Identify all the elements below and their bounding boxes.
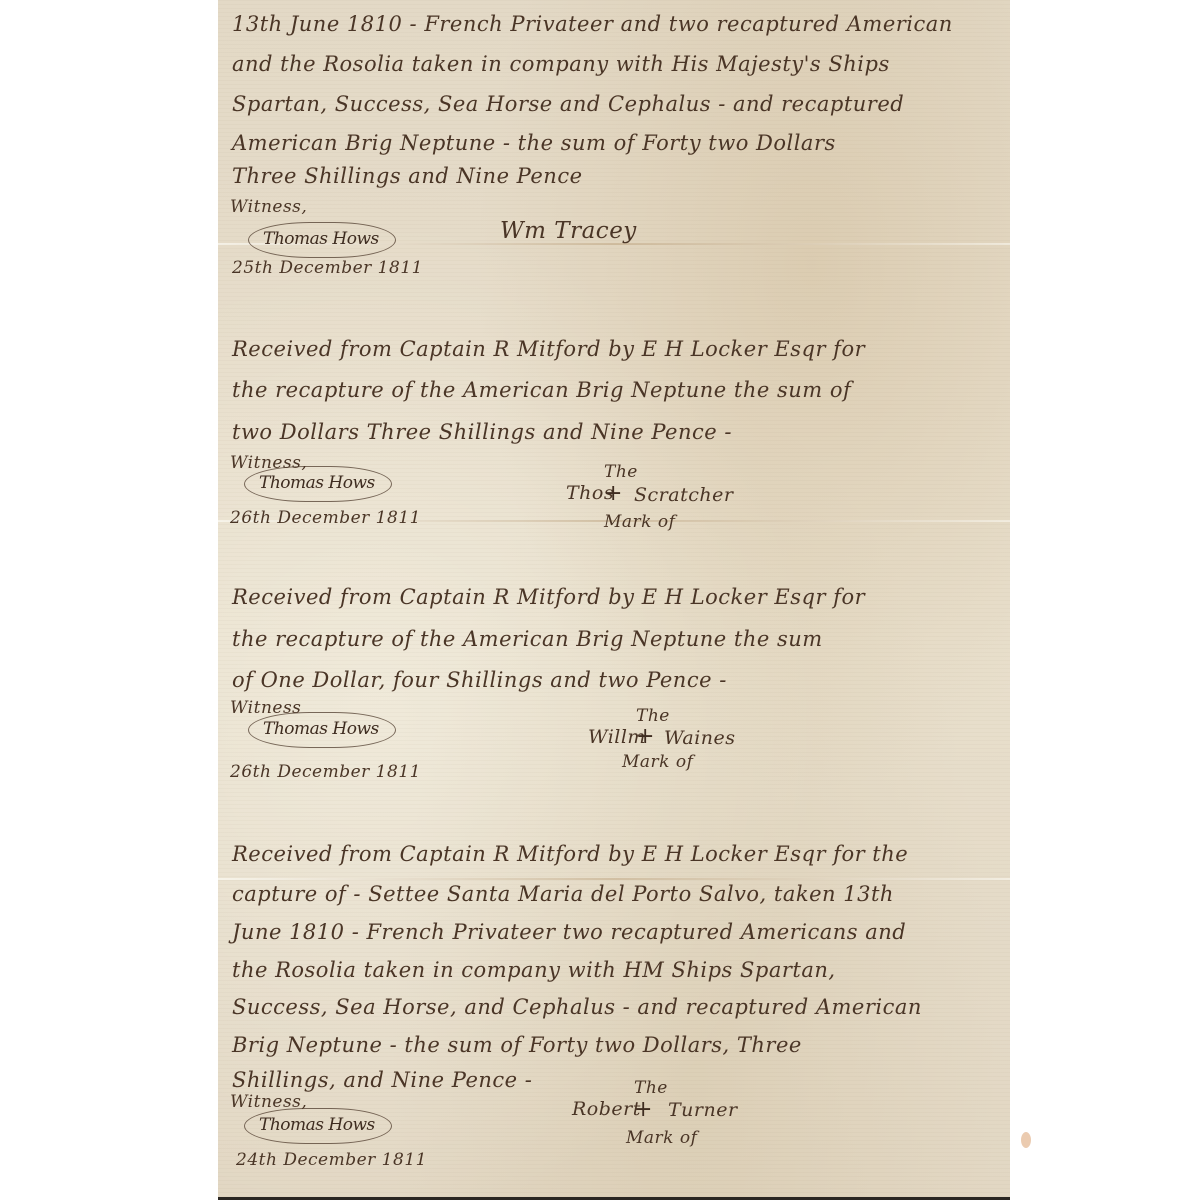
receipt-text-line: 13th June 1810 - French Privateer and tw…	[232, 12, 1002, 36]
signature: Wm Tracey	[500, 218, 637, 244]
signer-first-name: Robert	[572, 1098, 641, 1120]
receipt-text-line: Received from Captain R Mitford by E H L…	[232, 337, 1002, 361]
cross-mark-icon: +	[634, 1097, 652, 1122]
receipt-text-line: American Brig Neptune - the sum of Forty…	[232, 131, 1002, 155]
signer-last-name: Waines	[664, 727, 736, 749]
witness-signature: Thomas Hows	[244, 1108, 392, 1144]
receipt-text-line: Brig Neptune - the sum of Forty two Doll…	[232, 1033, 1002, 1057]
signer-the-label: The	[636, 706, 670, 726]
receipt-date: 26th December 1811	[230, 762, 421, 782]
receipt-text-line: Received from Captain R Mitford by E H L…	[232, 842, 1002, 866]
receipt-text-line: Spartan, Success, Sea Horse and Cephalus…	[232, 92, 1002, 116]
receipt-date: 25th December 1811	[232, 258, 423, 278]
witness-signature: Thomas Hows	[248, 712, 396, 748]
witness-signature: Thomas Hows	[244, 466, 392, 502]
receipt-text-line: capture of - Settee Santa Maria del Port…	[232, 882, 1002, 906]
witness-signature: Thomas Hows	[248, 222, 396, 258]
receipt-text-line: two Dollars Three Shillings and Nine Pen…	[232, 420, 1002, 444]
receipt-text-line: June 1810 - French Privateer two recaptu…	[232, 920, 1002, 944]
paper-fold-line	[218, 878, 1010, 880]
signer-last-name: Scratcher	[634, 484, 733, 506]
receipt-text-line: the Rosolia taken in company with HM Shi…	[232, 958, 1002, 982]
receipt-text-line: the recapture of the American Brig Neptu…	[232, 378, 1002, 402]
signer-the-label: The	[604, 462, 638, 482]
cross-mark-icon: +	[604, 481, 622, 506]
receipt-date: 24th December 1811	[236, 1150, 427, 1170]
signer-last-name: Turner	[668, 1099, 738, 1121]
receipt-text-line: of One Dollar, four Shillings and two Pe…	[232, 668, 1002, 692]
receipt-date: 26th December 1811	[230, 508, 421, 528]
signer-the-label: The	[634, 1078, 668, 1098]
paper-stain	[1021, 1132, 1031, 1148]
receipt-text-line: and the Rosolia taken in company with Hi…	[232, 52, 1002, 76]
receipt-text-line: Received from Captain R Mitford by E H L…	[232, 585, 1002, 609]
mark-of-label: Mark of	[626, 1128, 697, 1148]
witness-label: Witness,	[230, 197, 307, 217]
receipt-text-line: Shillings, and Nine Pence -	[232, 1068, 1002, 1092]
cross-mark-icon: +	[636, 724, 654, 749]
receipt-text-line: Success, Sea Horse, and Cephalus - and r…	[232, 995, 1002, 1019]
mark-of-label: Mark of	[622, 752, 693, 772]
receipt-text-line: the recapture of the American Brig Neptu…	[232, 627, 1002, 651]
receipt-text-line: Three Shillings and Nine Pence	[232, 164, 1002, 188]
mark-of-label: Mark of	[604, 512, 675, 532]
